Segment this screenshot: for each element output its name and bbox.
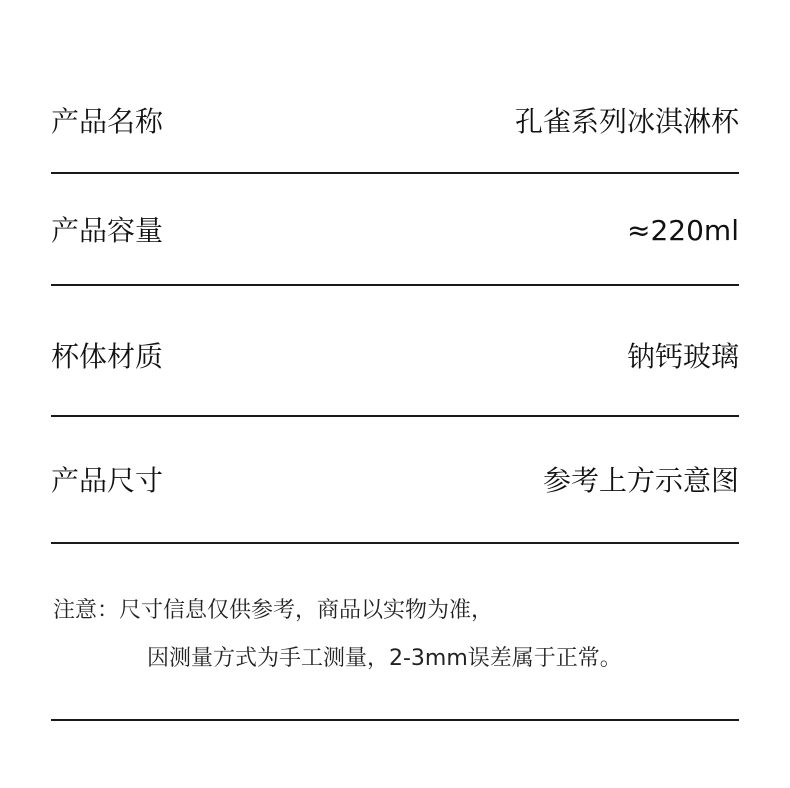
spec-label: 产品尺寸 (51, 464, 163, 498)
spec-label: 杯体材质 (51, 340, 163, 374)
spec-row-size: 产品尺寸 参考上方示意图 (51, 464, 739, 498)
spec-value: 参考上方示意图 (543, 464, 739, 498)
divider (51, 284, 739, 286)
spec-value: 孔雀系列冰淇淋杯 (515, 105, 739, 139)
note-line-2: 因测量方式为手工测量，2-3mm误差属于正常。 (147, 645, 622, 673)
divider (51, 415, 739, 417)
divider (51, 542, 739, 544)
spec-row-name: 产品名称 孔雀系列冰淇淋杯 (51, 105, 739, 139)
spec-row-material: 杯体材质 钠钙玻璃 (51, 340, 739, 374)
note-line-1: 注意：尺寸信息仅供参考，商品以实物为准， (53, 597, 493, 625)
divider (51, 172, 739, 174)
spec-label: 产品名称 (51, 105, 163, 139)
spec-value: ≈220ml (627, 214, 739, 248)
divider (51, 719, 739, 721)
spec-value: 钠钙玻璃 (627, 340, 739, 374)
spec-row-capacity: 产品容量 ≈220ml (51, 214, 739, 248)
spec-label: 产品容量 (51, 214, 163, 248)
